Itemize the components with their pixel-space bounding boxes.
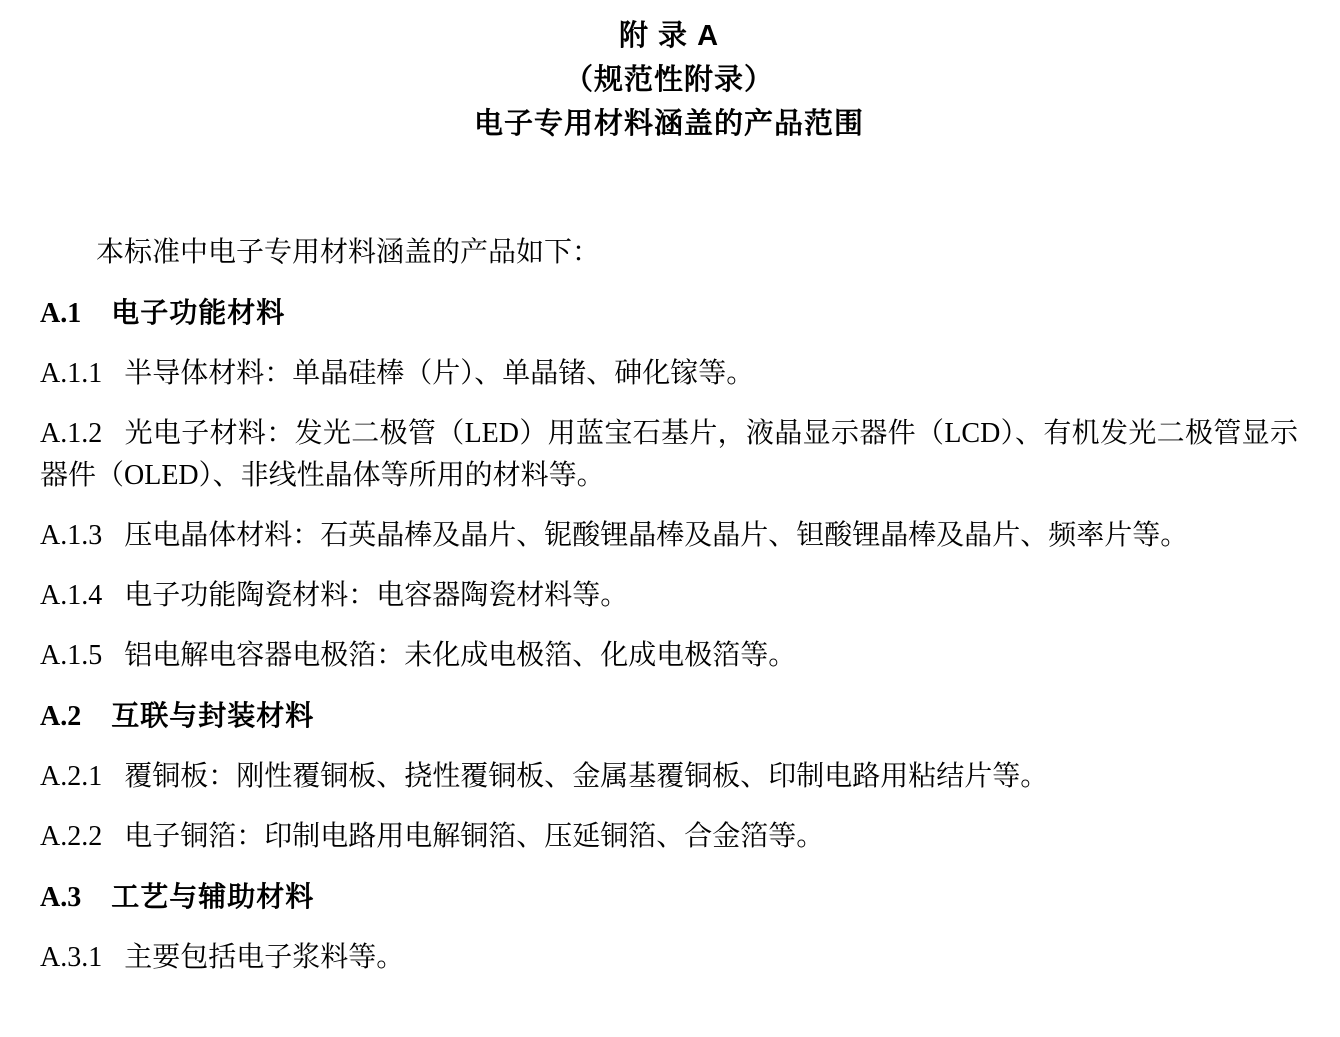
appendix-title: 附 录 A xyxy=(40,14,1298,58)
section-item-a21: A.2.1覆铜板：刚性覆铜板、挠性覆铜板、金属基覆铜板、印制电路用粘结片等。 xyxy=(40,756,1298,798)
item-label: A.3.1 xyxy=(40,942,102,973)
section-item-a22: A.2.2电子铜箔：印制电路用电解铜箔、压延铜箔、合金箔等。 xyxy=(40,816,1298,858)
item-text: 电子铜箔：印制电路用电解铜箔、压延铜箔、合金箔等。 xyxy=(124,821,824,852)
item-label: A.1.4 xyxy=(40,580,102,611)
intro-paragraph: 本标准中电子专用材料涵盖的产品如下： xyxy=(40,232,1298,274)
section-item-a12: A.1.2光电子材料：发光二极管（LED）用蓝宝石基片，液晶显示器件（LCD）、… xyxy=(40,413,1298,497)
section-heading-a3: A.3工艺与辅助材料 xyxy=(40,876,1298,919)
section-item-a14: A.1.4电子功能陶瓷材料：电容器陶瓷材料等。 xyxy=(40,575,1298,617)
section-item-a13: A.1.3压电晶体材料：石英晶棒及晶片、铌酸锂晶棒及晶片、钽酸锂晶棒及晶片、频率… xyxy=(40,515,1298,557)
section-item-a15: A.1.5铝电解电容器电极箔：未化成电极箔、化成电极箔等。 xyxy=(40,635,1298,677)
appendix-scope-heading: 电子专用材料涵盖的产品范围 xyxy=(40,102,1298,146)
appendix-title-block: 附 录 A （规范性附录） 电子专用材料涵盖的产品范围 xyxy=(40,14,1298,146)
item-text: 半导体材料：单晶硅棒（片）、单晶锗、砷化镓等。 xyxy=(124,358,754,389)
section-heading-a2: A.2互联与封装材料 xyxy=(40,695,1298,738)
section-label: A.2 xyxy=(40,701,81,732)
section-label: A.1 xyxy=(40,298,81,329)
section-label: A.3 xyxy=(40,882,81,913)
item-text: 电子功能陶瓷材料：电容器陶瓷材料等。 xyxy=(124,580,628,611)
item-label: A.1.3 xyxy=(40,520,102,551)
item-text: 压电晶体材料：石英晶棒及晶片、铌酸锂晶棒及晶片、钽酸锂晶棒及晶片、频率片等。 xyxy=(124,520,1188,551)
section-item-a11: A.1.1半导体材料：单晶硅棒（片）、单晶锗、砷化镓等。 xyxy=(40,353,1298,395)
section-title: 工艺与辅助材料 xyxy=(111,881,314,912)
item-label: A.1.1 xyxy=(40,358,102,389)
item-text: 铝电解电容器电极箔：未化成电极箔、化成电极箔等。 xyxy=(124,640,796,671)
item-text: 主要包括电子浆料等。 xyxy=(124,942,404,973)
item-label: A.1.2 xyxy=(40,418,102,449)
section-item-a31: A.3.1主要包括电子浆料等。 xyxy=(40,937,1298,979)
item-text: 覆铜板：刚性覆铜板、挠性覆铜板、金属基覆铜板、印制电路用粘结片等。 xyxy=(124,761,1048,792)
item-text: 光电子材料：发光二极管（LED）用蓝宝石基片，液晶显示器件（LCD）、有机发光二… xyxy=(40,418,1298,491)
appendix-subtitle: （规范性附录） xyxy=(40,58,1298,102)
item-label: A.2.1 xyxy=(40,761,102,792)
section-title: 电子功能材料 xyxy=(111,297,285,328)
document-page: 附 录 A （规范性附录） 电子专用材料涵盖的产品范围 本标准中电子专用材料涵盖… xyxy=(0,0,1340,1037)
section-title: 互联与封装材料 xyxy=(111,700,314,731)
section-heading-a1: A.1电子功能材料 xyxy=(40,292,1298,335)
item-label: A.2.2 xyxy=(40,821,102,852)
item-label: A.1.5 xyxy=(40,640,102,671)
